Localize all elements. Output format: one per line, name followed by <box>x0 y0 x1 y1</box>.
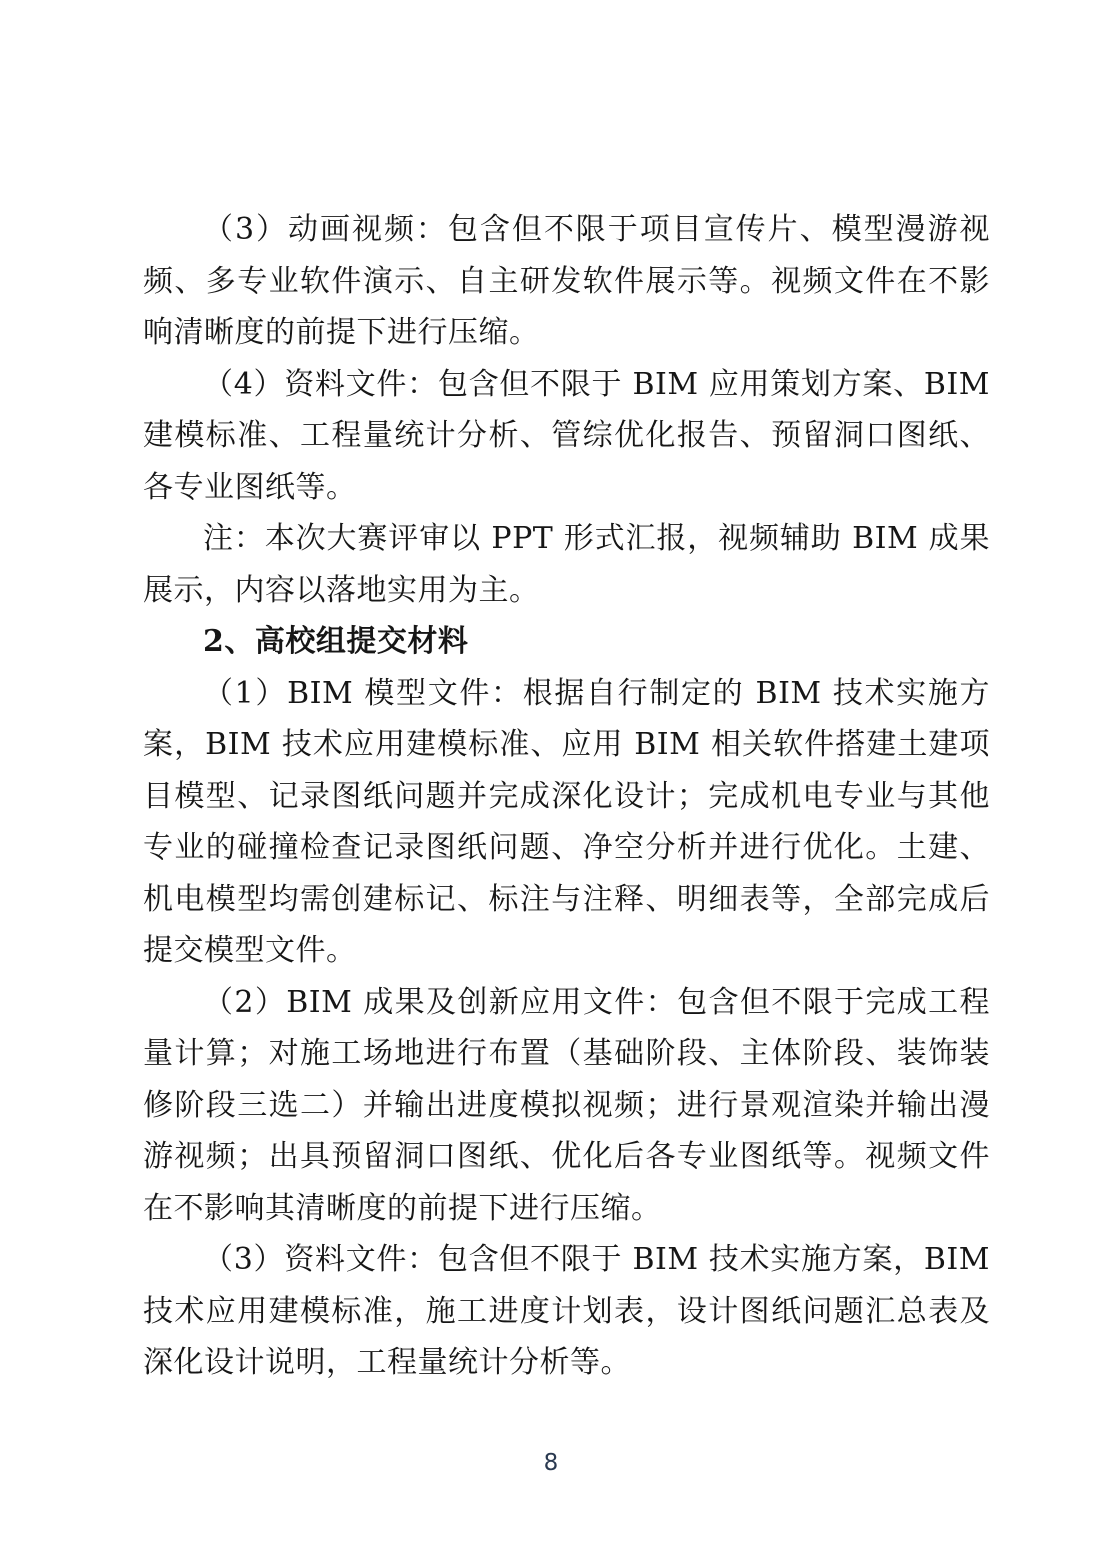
document-page: （3）动画视频：包含但不限于项目宣传片、模型漫游视频、多专业软件演示、自主研发软… <box>0 0 1102 1559</box>
paragraph-data-files-item4: （4）资料文件：包含但不限于 BIM 应用策划方案、BIM 建模标准、工程量统计… <box>143 359 990 514</box>
paragraph-bim-model-files: （1）BIM 模型文件：根据自行制定的 BIM 技术实施方案，BIM 技术应用建… <box>143 668 990 977</box>
heading-university-group-materials: 2、高校组提交材料 <box>143 616 990 668</box>
paragraph-bim-results-files: （2）BIM 成果及创新应用文件：包含但不限于完成工程量计算；对施工场地进行布置… <box>143 977 990 1235</box>
document-body: （3）动画视频：包含但不限于项目宣传片、模型漫游视频、多专业软件演示、自主研发软… <box>143 204 990 1389</box>
page-number: 8 <box>544 1450 559 1476</box>
paragraph-animation-video: （3）动画视频：包含但不限于项目宣传片、模型漫游视频、多专业软件演示、自主研发软… <box>143 204 990 359</box>
paragraph-data-files-item3: （3）资料文件：包含但不限于 BIM 技术实施方案，BIM 技术应用建模标准，施… <box>143 1234 990 1389</box>
paragraph-note: 注：本次大赛评审以 PPT 形式汇报，视频辅助 BIM 成果展示，内容以落地实用… <box>143 513 990 616</box>
page-footer: 8 <box>0 1448 1102 1478</box>
